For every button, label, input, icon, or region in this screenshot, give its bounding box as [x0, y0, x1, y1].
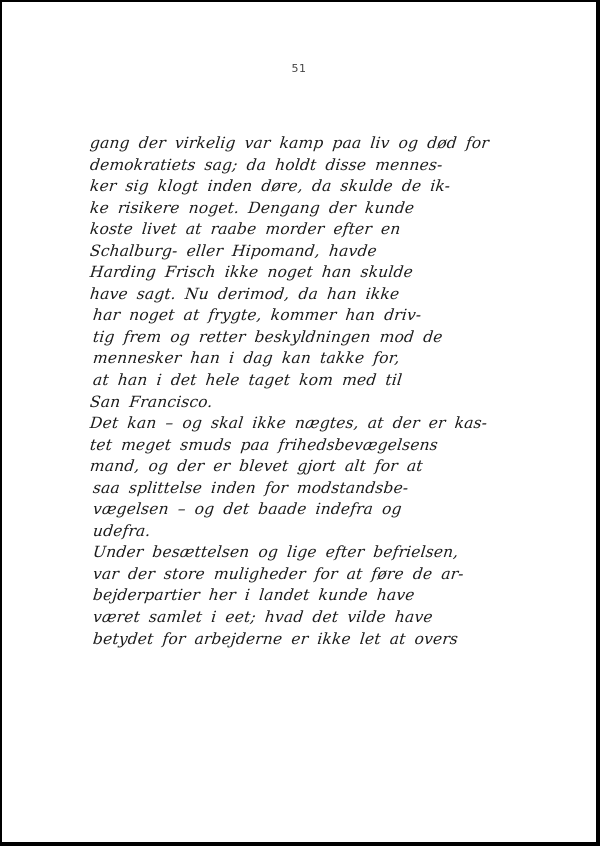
text-line: mand, og der er blevet gjort alt for at: [89, 456, 571, 478]
text-line: ke risikere noget. Dengang der kunde: [89, 198, 571, 220]
text-line: mennesker han i dag kan takke for,: [89, 348, 571, 370]
text-line: tig frem og retter beskyldningen mod de: [89, 327, 571, 349]
text-line: var der store muligheder for at føre de …: [89, 564, 571, 586]
text-line: gang der virkelig var kamp paa liv og dø…: [89, 133, 571, 155]
text-line: Det kan – og skal ikke nægtes, at der er…: [89, 413, 571, 435]
text-line: ker sig klogt inden døre, da skulde de i…: [89, 176, 571, 198]
manuscript-page: 51 gang der virkelig var kamp paa liv og…: [0, 0, 600, 846]
text-line: bejderpartier her i landet kunde have: [89, 585, 571, 607]
text-line: betydet for arbejderne er ikke let at ov…: [89, 629, 571, 651]
text-line: at han i det hele taget kom med til: [89, 370, 571, 392]
text-line: Harding Frisch ikke noget han skulde: [89, 262, 571, 284]
text-line: have sagt. Nu derimod, da han ikke: [89, 284, 571, 306]
text-line: vægelsen – og det baade indefra og: [89, 499, 571, 521]
handwritten-text-block: gang der virkelig var kamp paa liv og dø…: [90, 133, 570, 650]
text-line: været samlet i eet; hvad det vilde have: [89, 607, 571, 629]
page-number: 51: [2, 62, 596, 75]
text-line: Under besættelsen og lige efter befriels…: [89, 542, 571, 564]
text-line: Schalburg- eller Hipomand, havde: [89, 241, 571, 263]
text-line: saa splittelse inden for modstandsbe-: [89, 478, 571, 500]
text-line: udefra.: [89, 521, 571, 543]
text-line: San Francisco.: [89, 392, 571, 414]
text-line: tet meget smuds paa frihedsbevægelsens: [89, 435, 571, 457]
text-line: har noget at frygte, kommer han driv-: [89, 305, 571, 327]
text-line: koste livet at raabe morder efter en: [89, 219, 571, 241]
text-line: demokratiets sag; da holdt disse mennes-: [89, 155, 571, 177]
